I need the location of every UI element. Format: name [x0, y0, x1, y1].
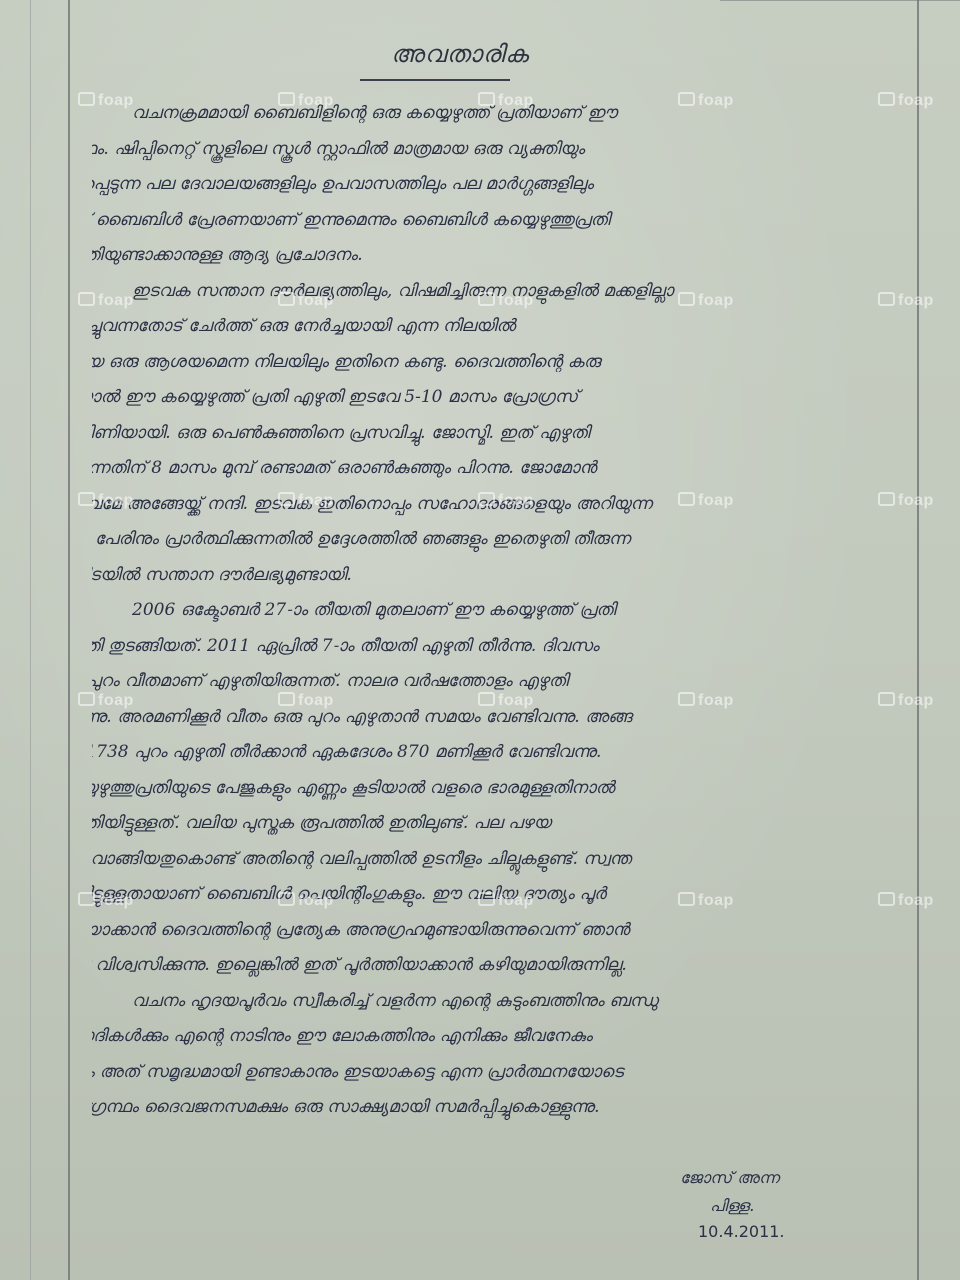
foap-watermark: foap — [878, 292, 934, 310]
text-line: 2006 ഒക്ടോബർ 27-ാം തീയതി മുതലാണ് ഈ കയ്യെ… — [92, 593, 907, 629]
foap-watermark: foap — [678, 492, 734, 510]
foap-watermark: foap — [78, 692, 134, 710]
signature-block: ജോസ് അന്ന പിള്ള. 10.4.2011. — [680, 1168, 880, 1241]
foap-watermark: foap — [478, 892, 534, 910]
page-edge-line — [30, 0, 31, 1280]
right-margin-line — [917, 0, 919, 1280]
text-line: ഗ്രന്ഥം. ഷിപ്പിനെറ്റ് സ്കൂളിലെ സ്കൂൾ സ്റ… — [92, 132, 907, 168]
foap-watermark: foap — [478, 292, 534, 310]
text-line: തിരിച്ചുവന്നതോട് ചേർത്ത് ഒരു നേർച്ചയായി … — [92, 309, 907, 345]
foap-watermark: foap — [478, 692, 534, 710]
camera-icon — [278, 892, 295, 906]
foap-watermark: foap — [278, 492, 334, 510]
text-line: ഈ ഗ്രന്ഥം ദൈവജനസമക്ഷം ഒരു സാക്ഷ്യമായി സമ… — [92, 1090, 907, 1126]
text-line: എഴുതിയിട്ടുള്ളത്. വലിയ പുസ്തക രൂപത്തിൽ ഇ… — [92, 806, 907, 842]
camera-icon — [678, 892, 695, 906]
text-line: ണയാൽ ഈ കയ്യെഴുത്ത് പ്രതി എഴുതി ഇടവേ 5-10… — [92, 380, 907, 416]
text-line: ത്തിയാക്കാൻ ദൈവത്തിന്റെ പ്രത്യേക അനുഗ്രഹ… — [92, 913, 907, 949]
top-rule-line — [720, 0, 960, 1]
camera-icon — [78, 692, 95, 706]
camera-icon — [878, 292, 895, 306]
text-line: ഉൾപ്പെടുന്ന പല ദേവാലയങ്ങളിലും ഉപവാസത്തില… — [92, 167, 907, 203]
camera-icon — [878, 492, 895, 506]
camera-icon — [878, 692, 895, 706]
camera-icon — [478, 92, 495, 106]
foap-watermark: foap — [78, 292, 134, 310]
document-title: അവതാരിക — [360, 40, 560, 68]
text-line: പുറം വാങ്ങിയതുകൊണ്ട് അതിന്റെ വലിപ്പത്തിൽ… — [92, 842, 907, 878]
camera-icon — [678, 92, 695, 106]
text-line: എഴുതി തുടങ്ങിയത്. 2011 ഏപ്രിൽ 7-ാം തീയതി… — [92, 629, 907, 665]
foap-watermark: foap — [278, 892, 334, 910]
foap-watermark: foap — [678, 692, 734, 710]
foap-watermark: foap — [78, 892, 134, 910]
signature-sub: പിള്ള. — [710, 1196, 880, 1216]
signature-date: 10.4.2011. — [698, 1222, 880, 1241]
notebook-page: അവതാരിക വചനക്രമമായി ബൈബിളിന്റെ ഒരു കയ്യെ… — [0, 0, 960, 1280]
text-line: മിത്രാദികൾക്കും എന്റെ നാടിനും ഈ ലോകത്തിന… — [92, 1019, 907, 1055]
paragraph-3: 2006 ഒക്ടോബർ 27-ാം തീയതി മുതലാണ് ഈ കയ്യെ… — [92, 593, 907, 984]
text-line: ഉറച്ചു വിശ്വസിക്കുന്നു. ഇല്ലെങ്കിൽ ഇത് പ… — [92, 948, 907, 984]
text-line: വചനം ഹൃദയപൂർവം സ്വീകരിച്ച് വളർന്ന എന്റെ … — [92, 984, 907, 1020]
handwritten-body: വചനക്രമമായി ബൈബിളിന്റെ ഒരു കയ്യെഴുത്ത് പ… — [92, 96, 907, 1126]
camera-icon — [278, 92, 295, 106]
foap-watermark: foap — [278, 692, 334, 710]
camera-icon — [78, 92, 95, 106]
camera-icon — [478, 692, 495, 706]
text-line: തീരുന്നതിന് 8 മാസം മുമ്പ് രണ്ടാമത് ഒരാൺക… — [92, 451, 907, 487]
text-line: മാനം അത് സമൃദ്ധമായി ഉണ്ടാകാനും ഇടയാകട്ടെ… — [92, 1055, 907, 1091]
foap-watermark: foap — [278, 292, 334, 310]
foap-watermark: foap — [78, 92, 134, 110]
camera-icon — [78, 492, 95, 506]
foap-watermark: foap — [478, 92, 534, 110]
camera-icon — [278, 292, 295, 306]
camera-icon — [878, 892, 895, 906]
paragraph-1: വചനക്രമമായി ബൈബിളിന്റെ ഒരു കയ്യെഴുത്ത് പ… — [92, 96, 907, 274]
camera-icon — [478, 292, 495, 306]
foap-watermark: foap — [478, 492, 534, 510]
foap-watermark: foap — [678, 292, 734, 310]
camera-icon — [678, 292, 695, 306]
text-line: എഴുതിയുണ്ടാക്കാനുള്ള ആദ്യ പ്രചോദനം. — [92, 238, 907, 274]
paragraph-4: വചനം ഹൃദയപൂർവം സ്വീകരിച്ച് വളർന്ന എന്റെ … — [92, 984, 907, 1126]
camera-icon — [878, 92, 895, 106]
text-line: പെട്ട് ബൈബിൾ പ്രേരണയാണ് ഇന്നുമെന്നും ബൈബ… — [92, 203, 907, 239]
text-line: പുതിയ ഒരു ആശയമെന്ന നിലയിലും ഇതിനെ കണ്ടു.… — [92, 345, 907, 381]
camera-icon — [278, 692, 295, 706]
camera-icon — [478, 492, 495, 506]
text-line: കയ്യെഴുത്തുപ്രതിയുടെ പേജുകളും എണ്ണം കൂടി… — [92, 771, 907, 807]
text-line: തിനിടയിൽ സന്താന ദൗർലഭ്യമുണ്ടായി. — [92, 558, 907, 594]
camera-icon — [678, 492, 695, 506]
camera-icon — [478, 892, 495, 906]
foap-watermark: foap — [678, 892, 734, 910]
text-line: ഗർഭിണിയായി. ഒരു പെൺകുഞ്ഞിനെ പ്രസവിച്ചു. … — [92, 416, 907, 452]
foap-watermark: foap — [278, 92, 334, 110]
text-line: ഭാര്യ പേരിനും പ്രാർത്ഥിക്കുന്നതിൽ ഉദ്ദേശ… — [92, 522, 907, 558]
foap-watermark: foap — [878, 92, 934, 110]
foap-watermark: foap — [878, 492, 934, 510]
foap-watermark: foap — [78, 492, 134, 510]
signature-name: ജോസ് അന്ന — [680, 1168, 880, 1188]
foap-watermark: foap — [878, 692, 934, 710]
camera-icon — [78, 292, 95, 306]
foap-watermark: foap — [878, 892, 934, 910]
camera-icon — [78, 892, 95, 906]
text-line: നെ 1738 പുറം എഴുതി തീർക്കാൻ ഏകദേശം 870 മ… — [92, 735, 907, 771]
camera-icon — [678, 692, 695, 706]
paragraph-2: ഇടവക സന്താന ദൗർലഭ്യത്തിലും, വിഷമിച്ചിരുന… — [92, 274, 907, 594]
title-underline — [360, 79, 510, 81]
camera-icon — [278, 492, 295, 506]
foap-watermark: foap — [678, 92, 734, 110]
left-margin-line — [68, 0, 70, 1280]
